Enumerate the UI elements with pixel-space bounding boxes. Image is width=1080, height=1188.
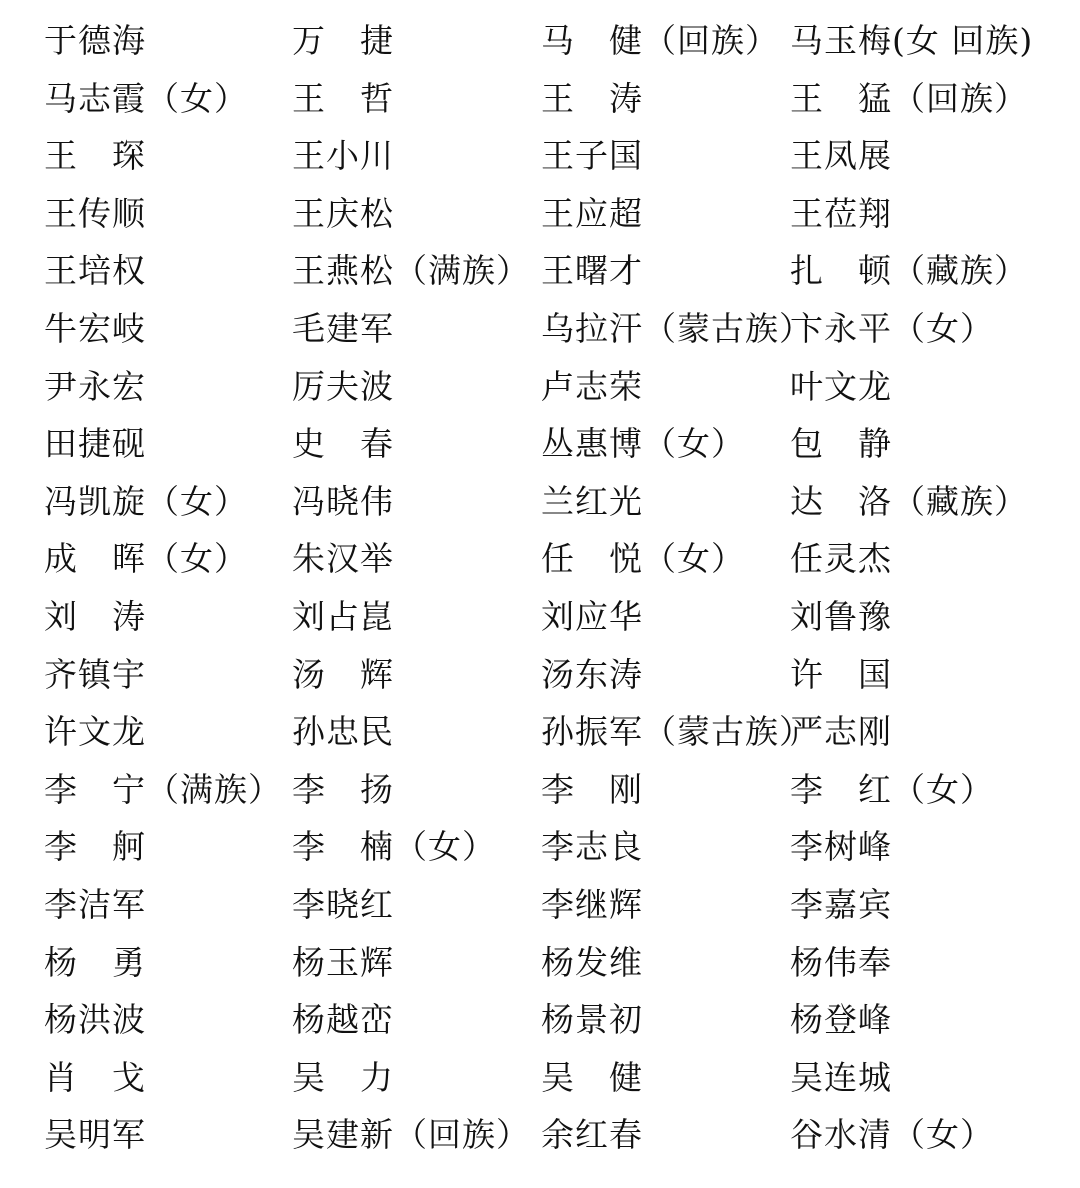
name-entry: 齐镇宇 <box>44 648 146 702</box>
name-entry: 扎 顿（藏族） <box>790 244 1028 298</box>
name-entry: 杨越峦 <box>292 993 394 1047</box>
roster-row: 田捷砚 史 春 丛惠博（女） 包 静 <box>0 417 1080 475</box>
name-entry: 谷水清（女） <box>790 1108 994 1162</box>
name-entry: 任 悦（女） <box>541 532 745 586</box>
name-entry: 刘应华 <box>541 590 643 644</box>
name-entry: 王凤展 <box>790 129 892 183</box>
name-entry: 卞永平（女） <box>790 302 994 356</box>
name-entry: 包 静 <box>790 417 892 471</box>
name-entry: 王燕松（满族） <box>292 244 530 298</box>
name-entry: 尹永宏 <box>44 360 146 414</box>
name-entry: 王莅翔 <box>790 187 892 241</box>
name-entry: 吴 力 <box>292 1051 394 1105</box>
name-entry: 许文龙 <box>44 705 146 759</box>
roster-row: 尹永宏 厉夫波 卢志荣 叶文龙 <box>0 360 1080 418</box>
name-roster: 于德海 万 捷 马 健（回族） 马玉梅(女 回族) 马志霞（女） 王 哲 王 涛… <box>0 14 1080 1166</box>
name-entry: 李 红（女） <box>790 763 994 817</box>
name-entry: 杨景初 <box>541 993 643 1047</box>
name-entry: 任灵杰 <box>790 532 892 586</box>
name-entry: 厉夫波 <box>292 360 394 414</box>
name-entry: 马玉梅(女 回族) <box>790 14 1033 68</box>
roster-row: 于德海 万 捷 马 健（回族） 马玉梅(女 回族) <box>0 14 1080 72</box>
name-entry: 王应超 <box>541 187 643 241</box>
roster-row: 马志霞（女） 王 哲 王 涛 王 猛（回族） <box>0 72 1080 130</box>
name-entry: 王庆松 <box>292 187 394 241</box>
name-entry: 田捷砚 <box>44 417 146 471</box>
name-entry: 杨发维 <box>541 936 643 990</box>
name-entry: 孙忠民 <box>292 705 394 759</box>
name-entry: 王子国 <box>541 129 643 183</box>
name-entry: 叶文龙 <box>790 360 892 414</box>
name-entry: 刘鲁豫 <box>790 590 892 644</box>
name-entry: 乌拉汗（蒙古族） <box>541 302 813 356</box>
name-entry: 成 晖（女） <box>44 532 248 586</box>
name-entry: 严志刚 <box>790 705 892 759</box>
name-entry: 朱汉举 <box>292 532 394 586</box>
name-entry: 吴连城 <box>790 1051 892 1105</box>
roster-row: 刘 涛 刘占崑 刘应华 刘鲁豫 <box>0 590 1080 648</box>
name-entry: 杨洪波 <box>44 993 146 1047</box>
name-entry: 李晓红 <box>292 878 394 932</box>
roster-row: 冯凯旋（女） 冯晓伟 兰红光 达 洛（藏族） <box>0 475 1080 533</box>
name-entry: 吴建新（回族） <box>292 1108 530 1162</box>
roster-row: 杨 勇 杨玉辉 杨发维 杨伟奉 <box>0 936 1080 994</box>
name-entry: 李志良 <box>541 820 643 874</box>
name-entry: 丛惠博（女） <box>541 417 745 471</box>
name-entry: 孙振军（蒙古族） <box>541 705 813 759</box>
name-entry: 刘 涛 <box>44 590 146 644</box>
roster-row: 许文龙 孙忠民 孙振军（蒙古族） 严志刚 <box>0 705 1080 763</box>
name-entry: 汤 辉 <box>292 648 394 702</box>
name-entry: 李 宁（满族） <box>44 763 282 817</box>
name-entry: 史 春 <box>292 417 394 471</box>
name-entry: 肖 戈 <box>44 1051 146 1105</box>
name-entry: 兰红光 <box>541 475 643 529</box>
name-entry: 杨 勇 <box>44 936 146 990</box>
roster-row: 齐镇宇 汤 辉 汤东涛 许 国 <box>0 648 1080 706</box>
name-entry: 冯晓伟 <box>292 475 394 529</box>
name-entry: 达 洛（藏族） <box>790 475 1028 529</box>
name-entry: 王 琛 <box>44 129 146 183</box>
name-entry: 李 扬 <box>292 763 394 817</box>
name-entry: 冯凯旋（女） <box>44 475 248 529</box>
name-entry: 牛宏岐 <box>44 302 146 356</box>
name-entry: 王培权 <box>44 244 146 298</box>
name-entry: 毛建军 <box>292 302 394 356</box>
name-entry: 王 涛 <box>541 72 643 126</box>
roster-row: 成 晖（女） 朱汉举 任 悦（女） 任灵杰 <box>0 532 1080 590</box>
name-entry: 吴明军 <box>44 1108 146 1162</box>
name-entry: 万 捷 <box>292 14 394 68</box>
name-entry: 李 刚 <box>541 763 643 817</box>
roster-row: 李 宁（满族） 李 扬 李 刚 李 红（女） <box>0 763 1080 821</box>
name-entry: 李嘉宾 <box>790 878 892 932</box>
name-entry: 李 舸 <box>44 820 146 874</box>
roster-row: 王培权 王燕松（满族） 王曙才 扎 顿（藏族） <box>0 244 1080 302</box>
name-entry: 王小川 <box>292 129 394 183</box>
roster-row: 李 舸 李 楠（女） 李志良 李树峰 <box>0 820 1080 878</box>
name-entry: 王 猛（回族） <box>790 72 1028 126</box>
name-entry: 李继辉 <box>541 878 643 932</box>
roster-row: 牛宏岐 毛建军 乌拉汗（蒙古族） 卞永平（女） <box>0 302 1080 360</box>
roster-row: 王 琛 王小川 王子国 王凤展 <box>0 129 1080 187</box>
name-entry: 余红春 <box>541 1108 643 1162</box>
name-entry: 李 楠（女） <box>292 820 496 874</box>
name-entry: 王 哲 <box>292 72 394 126</box>
name-entry: 李洁军 <box>44 878 146 932</box>
name-entry: 李树峰 <box>790 820 892 874</box>
name-entry: 王传顺 <box>44 187 146 241</box>
roster-row: 李洁军 李晓红 李继辉 李嘉宾 <box>0 878 1080 936</box>
name-entry: 杨伟奉 <box>790 936 892 990</box>
name-entry: 马志霞（女） <box>44 72 248 126</box>
name-entry: 杨玉辉 <box>292 936 394 990</box>
name-entry: 刘占崑 <box>292 590 394 644</box>
roster-row: 吴明军 吴建新（回族） 余红春 谷水清（女） <box>0 1108 1080 1166</box>
name-entry: 吴 健 <box>541 1051 643 1105</box>
name-entry: 汤东涛 <box>541 648 643 702</box>
name-entry: 王曙才 <box>541 244 643 298</box>
name-entry: 于德海 <box>44 14 146 68</box>
roster-row: 王传顺 王庆松 王应超 王莅翔 <box>0 187 1080 245</box>
roster-row: 杨洪波 杨越峦 杨景初 杨登峰 <box>0 993 1080 1051</box>
name-entry: 马 健（回族） <box>541 14 779 68</box>
roster-row: 肖 戈 吴 力 吴 健 吴连城 <box>0 1051 1080 1109</box>
name-entry: 卢志荣 <box>541 360 643 414</box>
name-entry: 杨登峰 <box>790 993 892 1047</box>
name-entry: 许 国 <box>790 648 892 702</box>
